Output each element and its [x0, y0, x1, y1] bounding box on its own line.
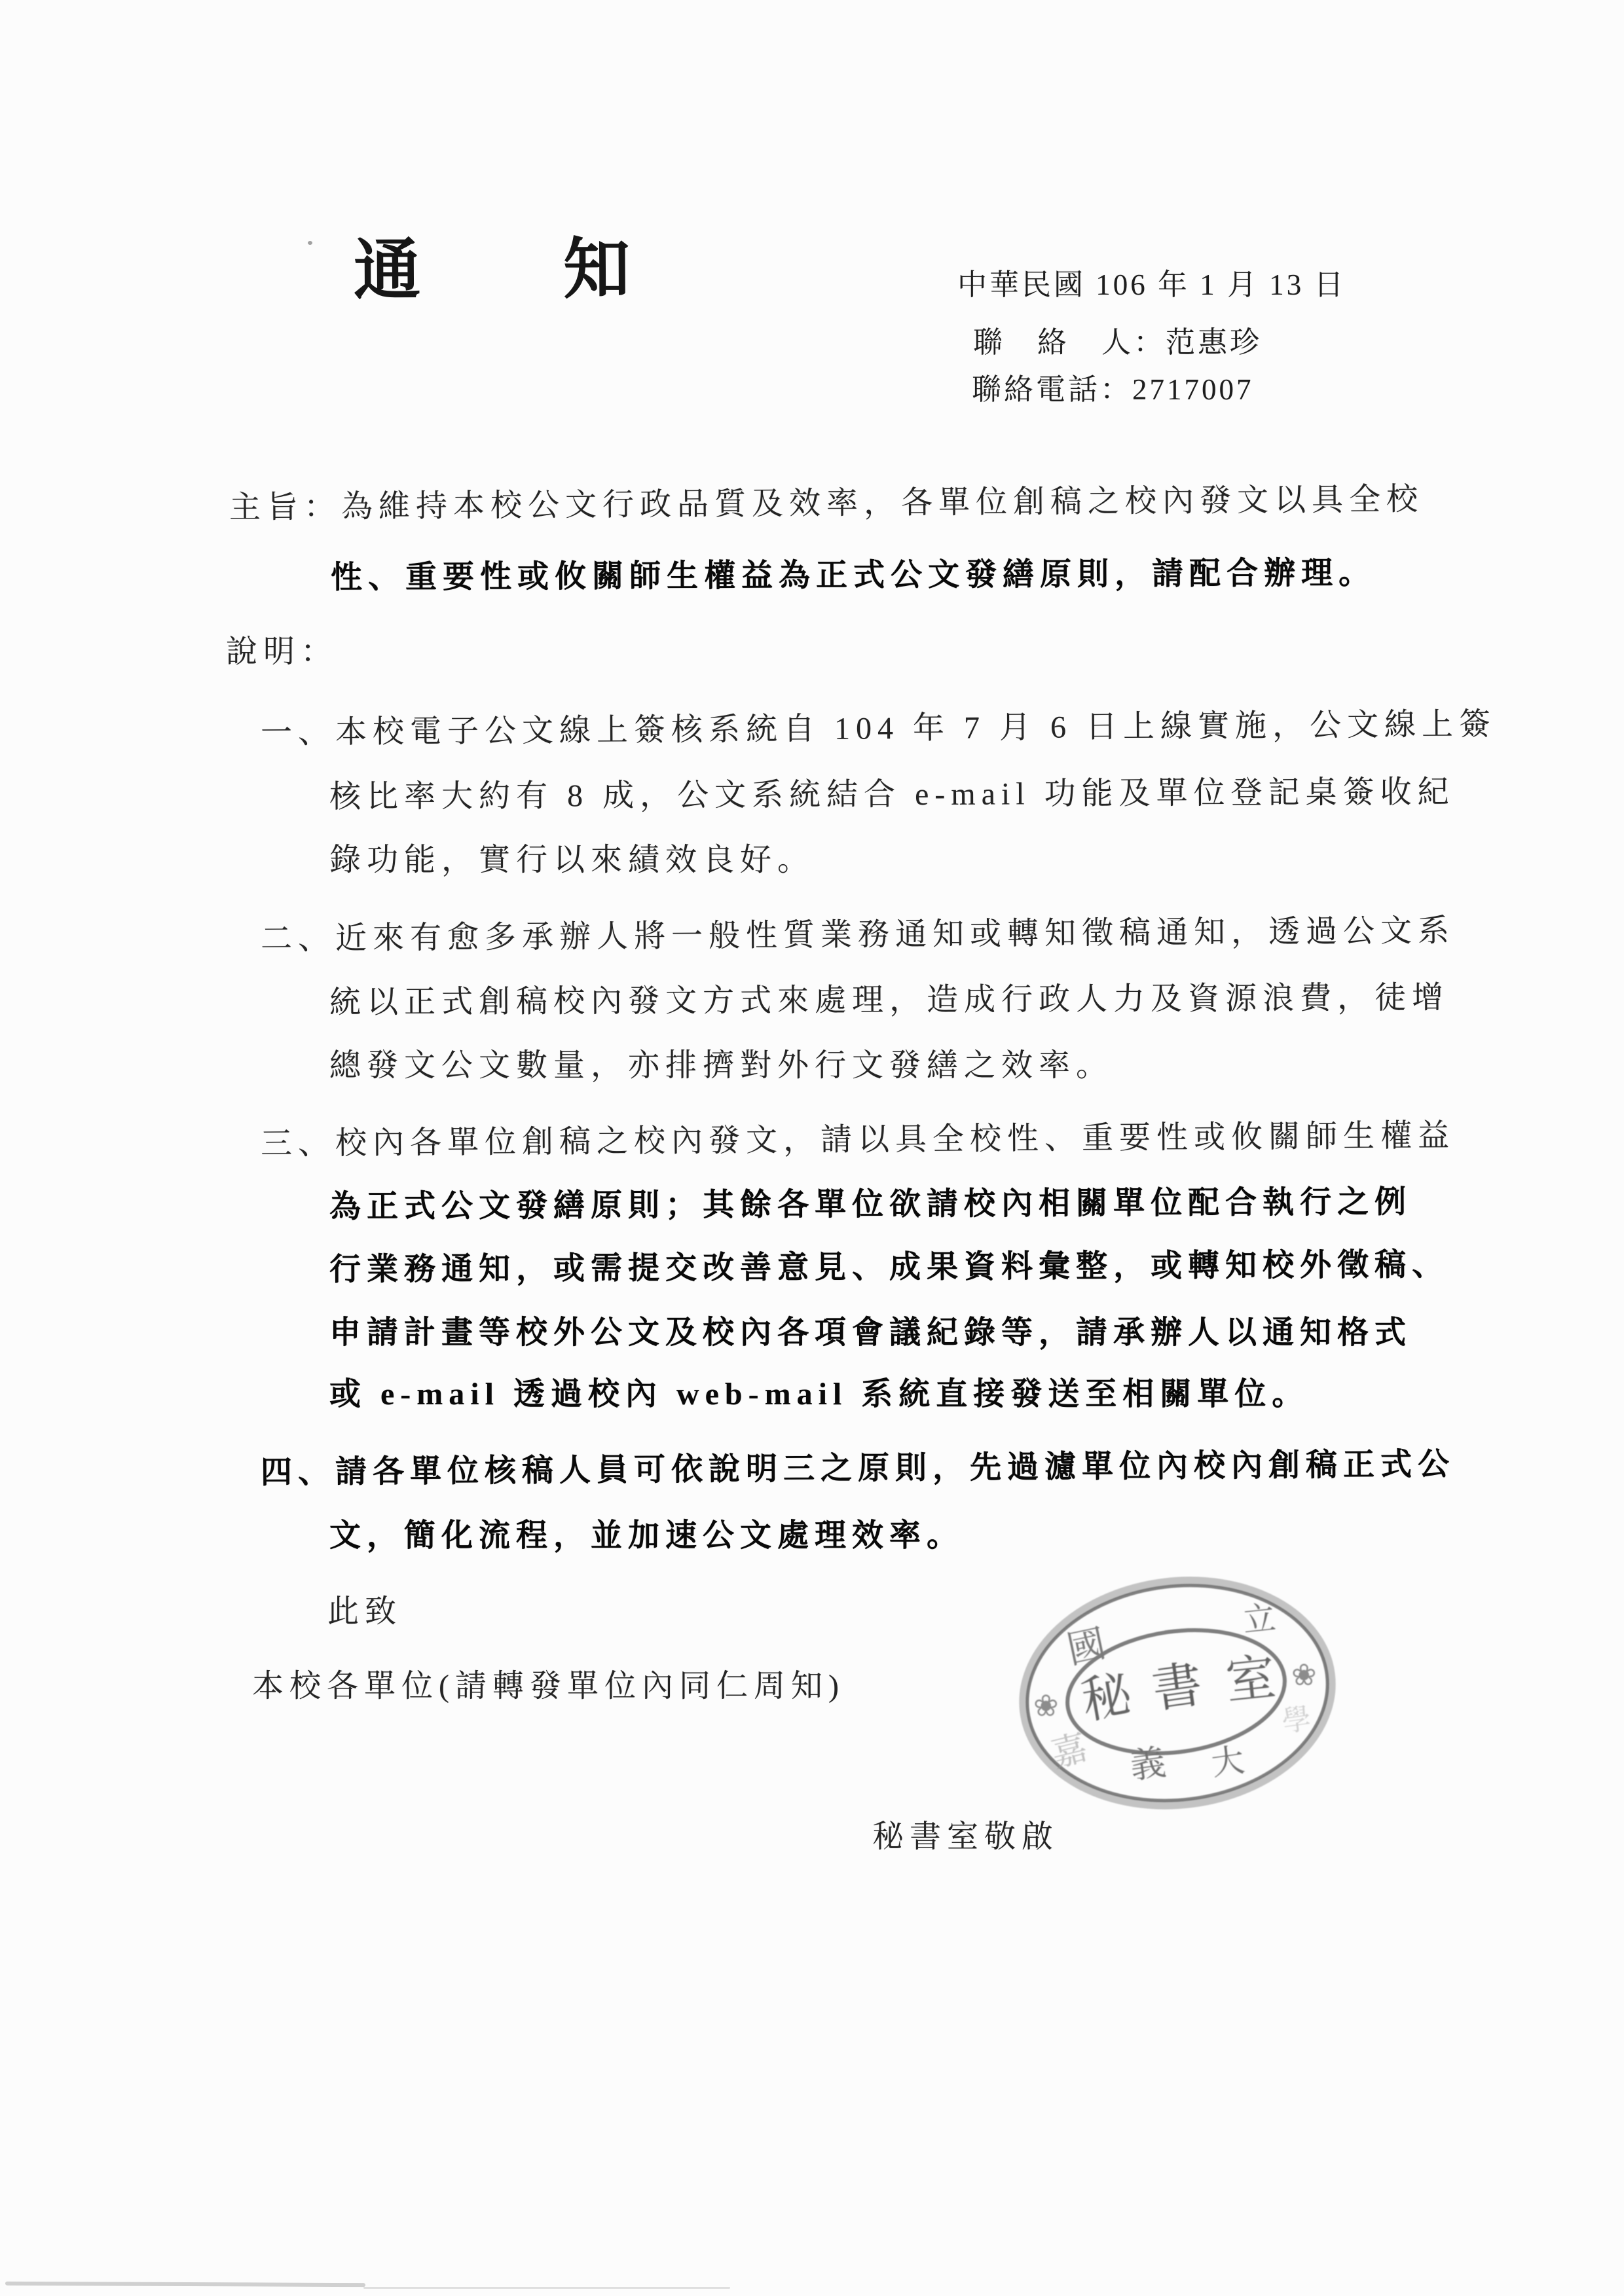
salutation-cizhi: 此致	[327, 1586, 402, 1631]
item-1-line-3: 錄功能，實行以來績效良好。	[329, 834, 815, 879]
stamp-ring-char-xue: 學	[1280, 1704, 1313, 1737]
stamp-ring-char-da: 大	[1209, 1743, 1246, 1780]
item-3-line-4: 申請計畫等校外公文及校內各項會議紀錄等，請承辦人以通知格式	[329, 1307, 1412, 1352]
contact-person-line: 聯 絡 人：范惠珍	[973, 318, 1262, 361]
explanation-label: 說明：	[226, 626, 338, 671]
item-3-line-5: 或 e-mail 透過校內 web-mail 系統直接發送至相關單位。	[329, 1368, 1309, 1413]
item-2-line-3: 總發文公文數量，亦排擠對外行文發繕之效率。	[329, 1040, 1113, 1085]
stamp-ring-char-yi: 義	[1128, 1745, 1168, 1785]
contact-phone-line: 聯絡電話：2717007	[972, 365, 1254, 408]
recipient-line: 本校各單位(請轉發單位內同仁周知)	[252, 1660, 845, 1705]
scan-speck	[308, 241, 312, 245]
notice-title: 通知	[354, 215, 773, 313]
stamp-inner-char-shi: 室	[1223, 1652, 1278, 1707]
item-1-line-1: 一、本校電子公文線上簽核系統自 104 年 7 月 6 日上線實施，公文線上簽	[261, 699, 1496, 752]
stamp-inner-char-mi: 秘	[1078, 1669, 1135, 1727]
date-line: 中華民國 106 年 1 月 13 日	[957, 261, 1346, 303]
subject-line-1: 主旨：為維持本校公文行政品質及效率，各單位創稿之校內發文以具全校	[229, 473, 1424, 527]
item-4-line-2: 文，簡化流程，並加速公文處理效率。	[329, 1510, 964, 1555]
item-3-line-1: 三、校內各單位創稿之校內發文，請以具全校性、重要性或攸關師生權益	[261, 1110, 1455, 1163]
stamp-flower-right-icon: ❀	[1291, 1660, 1317, 1690]
item-3-line-3: 行業務通知，或需提交改善意見、成果資料彙整，或轉知校外徵稿、	[329, 1239, 1449, 1289]
item-2-line-2: 統以正式創稿校內發文方式來處理，造成行政人力及資源浪費，徒增	[329, 972, 1449, 1022]
stamp-flower-left-icon: ❀	[1033, 1691, 1059, 1721]
stamp-ring-char-guo: 國	[1064, 1625, 1109, 1670]
stamp-inner-char-shu: 書	[1149, 1660, 1206, 1716]
subject-line-2: 性、重要性或攸關師生權益為正式公文發繕原則，請配合辦理。	[331, 547, 1376, 597]
item-3-line-2: 為正式公文發繕原則；其餘各單位欲請校內相關單位配合執行之例	[329, 1176, 1412, 1226]
item-1-line-2: 核比率大約有 8 成，公文系統結合 e-mail 功能及單位登記桌簽收紀	[329, 767, 1455, 816]
scan-edge-smudge	[5, 2282, 365, 2287]
stamp-ring-char-li: 立	[1242, 1601, 1278, 1637]
scan-edge-smudge-faint	[363, 2287, 730, 2289]
item-4-line-1: 四、請各單位核稿人員可依說明三之原則，先過濾單位內校內創稿正式公	[261, 1438, 1455, 1492]
scanned-notice-page: 通知 中華民國 106 年 1 月 13 日 聯 絡 人：范惠珍 聯絡電話：27…	[0, 0, 1624, 2296]
item-2-line-1: 二、近來有愈多承辦人將一般性質業務通知或轉知徵稿通知，透過公文系	[261, 905, 1455, 958]
secretariat-stamp: 國 立 嘉 義 大 學 ❀ ❀ 秘 書 室	[1006, 1565, 1346, 1827]
